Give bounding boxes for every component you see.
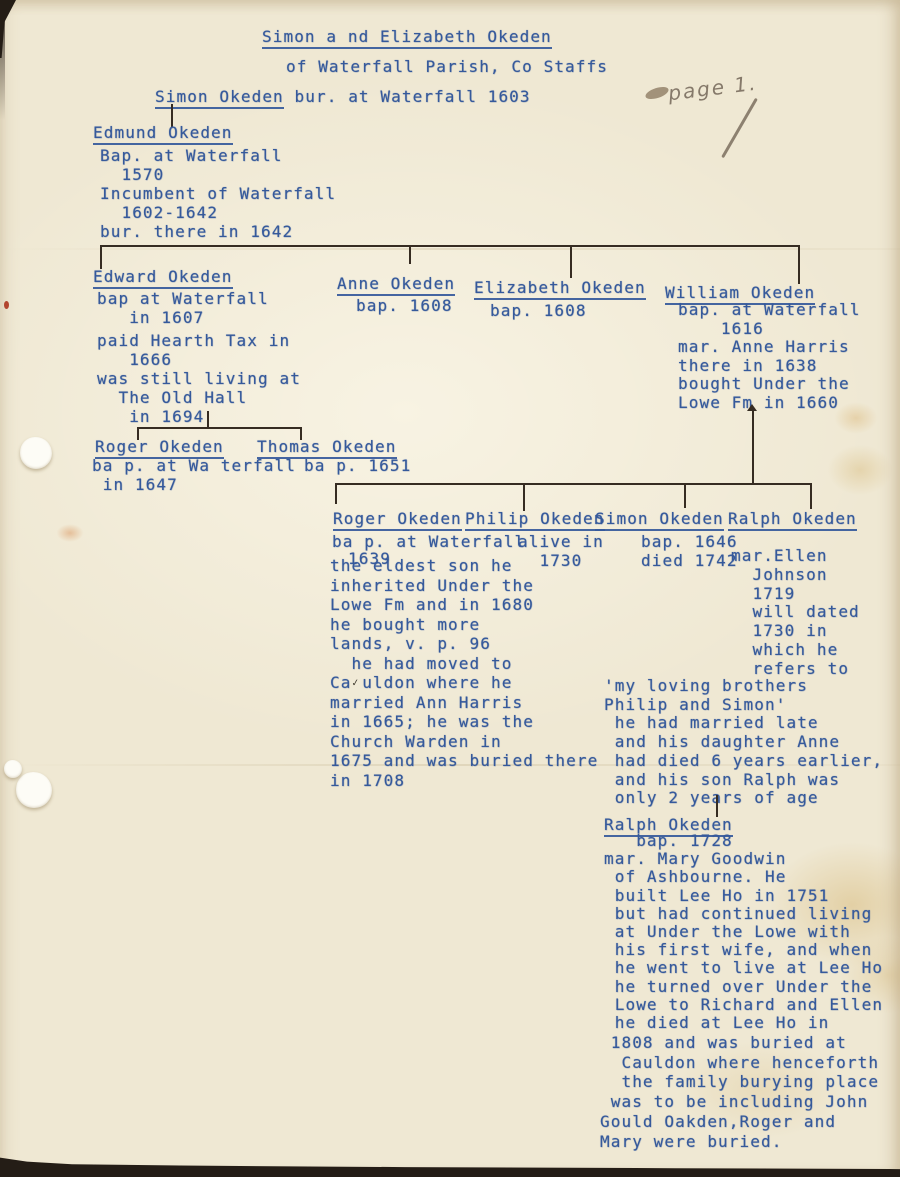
paper-edge-bottom [0, 1155, 900, 1177]
patriarch-line: Simon Okeden bur. at Waterfall 1603 [155, 87, 531, 106]
pencil-page-note: page 1. [667, 71, 759, 106]
person-details-william: bap. at Waterfall 1616 mar. Anne Harris … [678, 301, 860, 412]
patriarch-rest: bur. at Waterfall 1603 [284, 87, 531, 106]
person-heading-anne: Anne Okeden [337, 274, 455, 296]
person-details-edward-1: bap at Waterfall in 1607 [97, 289, 269, 327]
hole-punch [20, 437, 52, 469]
connector-gen3-drop-roger3 [335, 483, 337, 504]
person-details-philip: alive in 1730 [518, 532, 604, 570]
person-heading-edward: Edward Okeden [93, 267, 233, 289]
connector-gen3-drop-philip [523, 483, 525, 511]
connector-gen2-drop-anne [409, 245, 411, 264]
person-details-roger2: ba p. at Wa terfall in 1647 [92, 456, 296, 494]
person-details-edward-2: paid Hearth Tax in 1666 was still living… [97, 331, 301, 426]
paper-crease [0, 248, 900, 250]
person-details-elizabeth: bap. 1608 [490, 301, 587, 320]
connector-drop-ralph4 [716, 795, 718, 817]
hole-punch-tear [4, 760, 22, 778]
connector-roger-thomas-bar [137, 427, 302, 429]
person-details-roger3: the eldest son he inherited Under the Lo… [330, 556, 598, 790]
red-speck [4, 301, 9, 309]
person-heading-roger3: Roger Okeden [333, 509, 462, 531]
person-details-ralph3-narrow: mar.Ellen Johnson 1719 will dated 1730 i… [731, 547, 860, 679]
person-heading-simon3: Simon Okeden [595, 509, 724, 531]
person-details-edmund: Bap. at Waterfall 1570 Incumbent of Wate… [100, 146, 336, 241]
paper-edge-shadow-left [0, 0, 5, 120]
page-subtitle: of Waterfall Parish, Co Staffs [286, 57, 608, 76]
connector-gen3-drop-ralph3 [810, 483, 812, 509]
connector-edward-tick [207, 411, 209, 427]
connector-gen3-bar [335, 483, 812, 485]
person-details-ralph4-2: 1808 and was buried at Cauldon where hen… [600, 1033, 879, 1151]
connector-gen2-drop-edward [100, 245, 102, 269]
pencil-stroke [721, 98, 758, 158]
person-details-simon3: bap. 1646 died 1742 [641, 532, 738, 570]
person-details-anne: bap. 1608 [356, 296, 453, 315]
person-heading-elizabeth: Elizabeth Okeden [474, 278, 646, 300]
person-heading-edmund: Edmund Okeden [93, 123, 233, 145]
connector-gen3-drop-simon3 [684, 483, 686, 508]
scanned-genealogy-page: page 1. Simon a nd Elizabeth Okeden of W… [0, 0, 900, 1177]
connector-gen2-bar [100, 245, 800, 247]
patriarch-name: Simon Okeden [155, 87, 284, 109]
connector-gen2-drop-elizabeth [570, 245, 572, 278]
page-title: Simon a nd Elizabeth Okeden [262, 27, 552, 49]
connector-gen2-drop-william [798, 245, 800, 284]
person-heading-philip: Philip Okeden [465, 509, 605, 531]
connector-william-descent [752, 409, 754, 485]
person-details-ralph3-wide: 'my loving brothers Philip and Simon' he… [604, 677, 883, 808]
person-details-ralph4-1: bap. 1728 mar. Mary Goodwin of Ashbourne… [604, 832, 883, 1032]
ink-smudge [644, 85, 670, 102]
person-heading-ralph3: Ralph Okeden [728, 509, 857, 531]
hole-punch-circle [16, 772, 52, 808]
person-details-thomas: ba p. 1651 [304, 456, 411, 475]
